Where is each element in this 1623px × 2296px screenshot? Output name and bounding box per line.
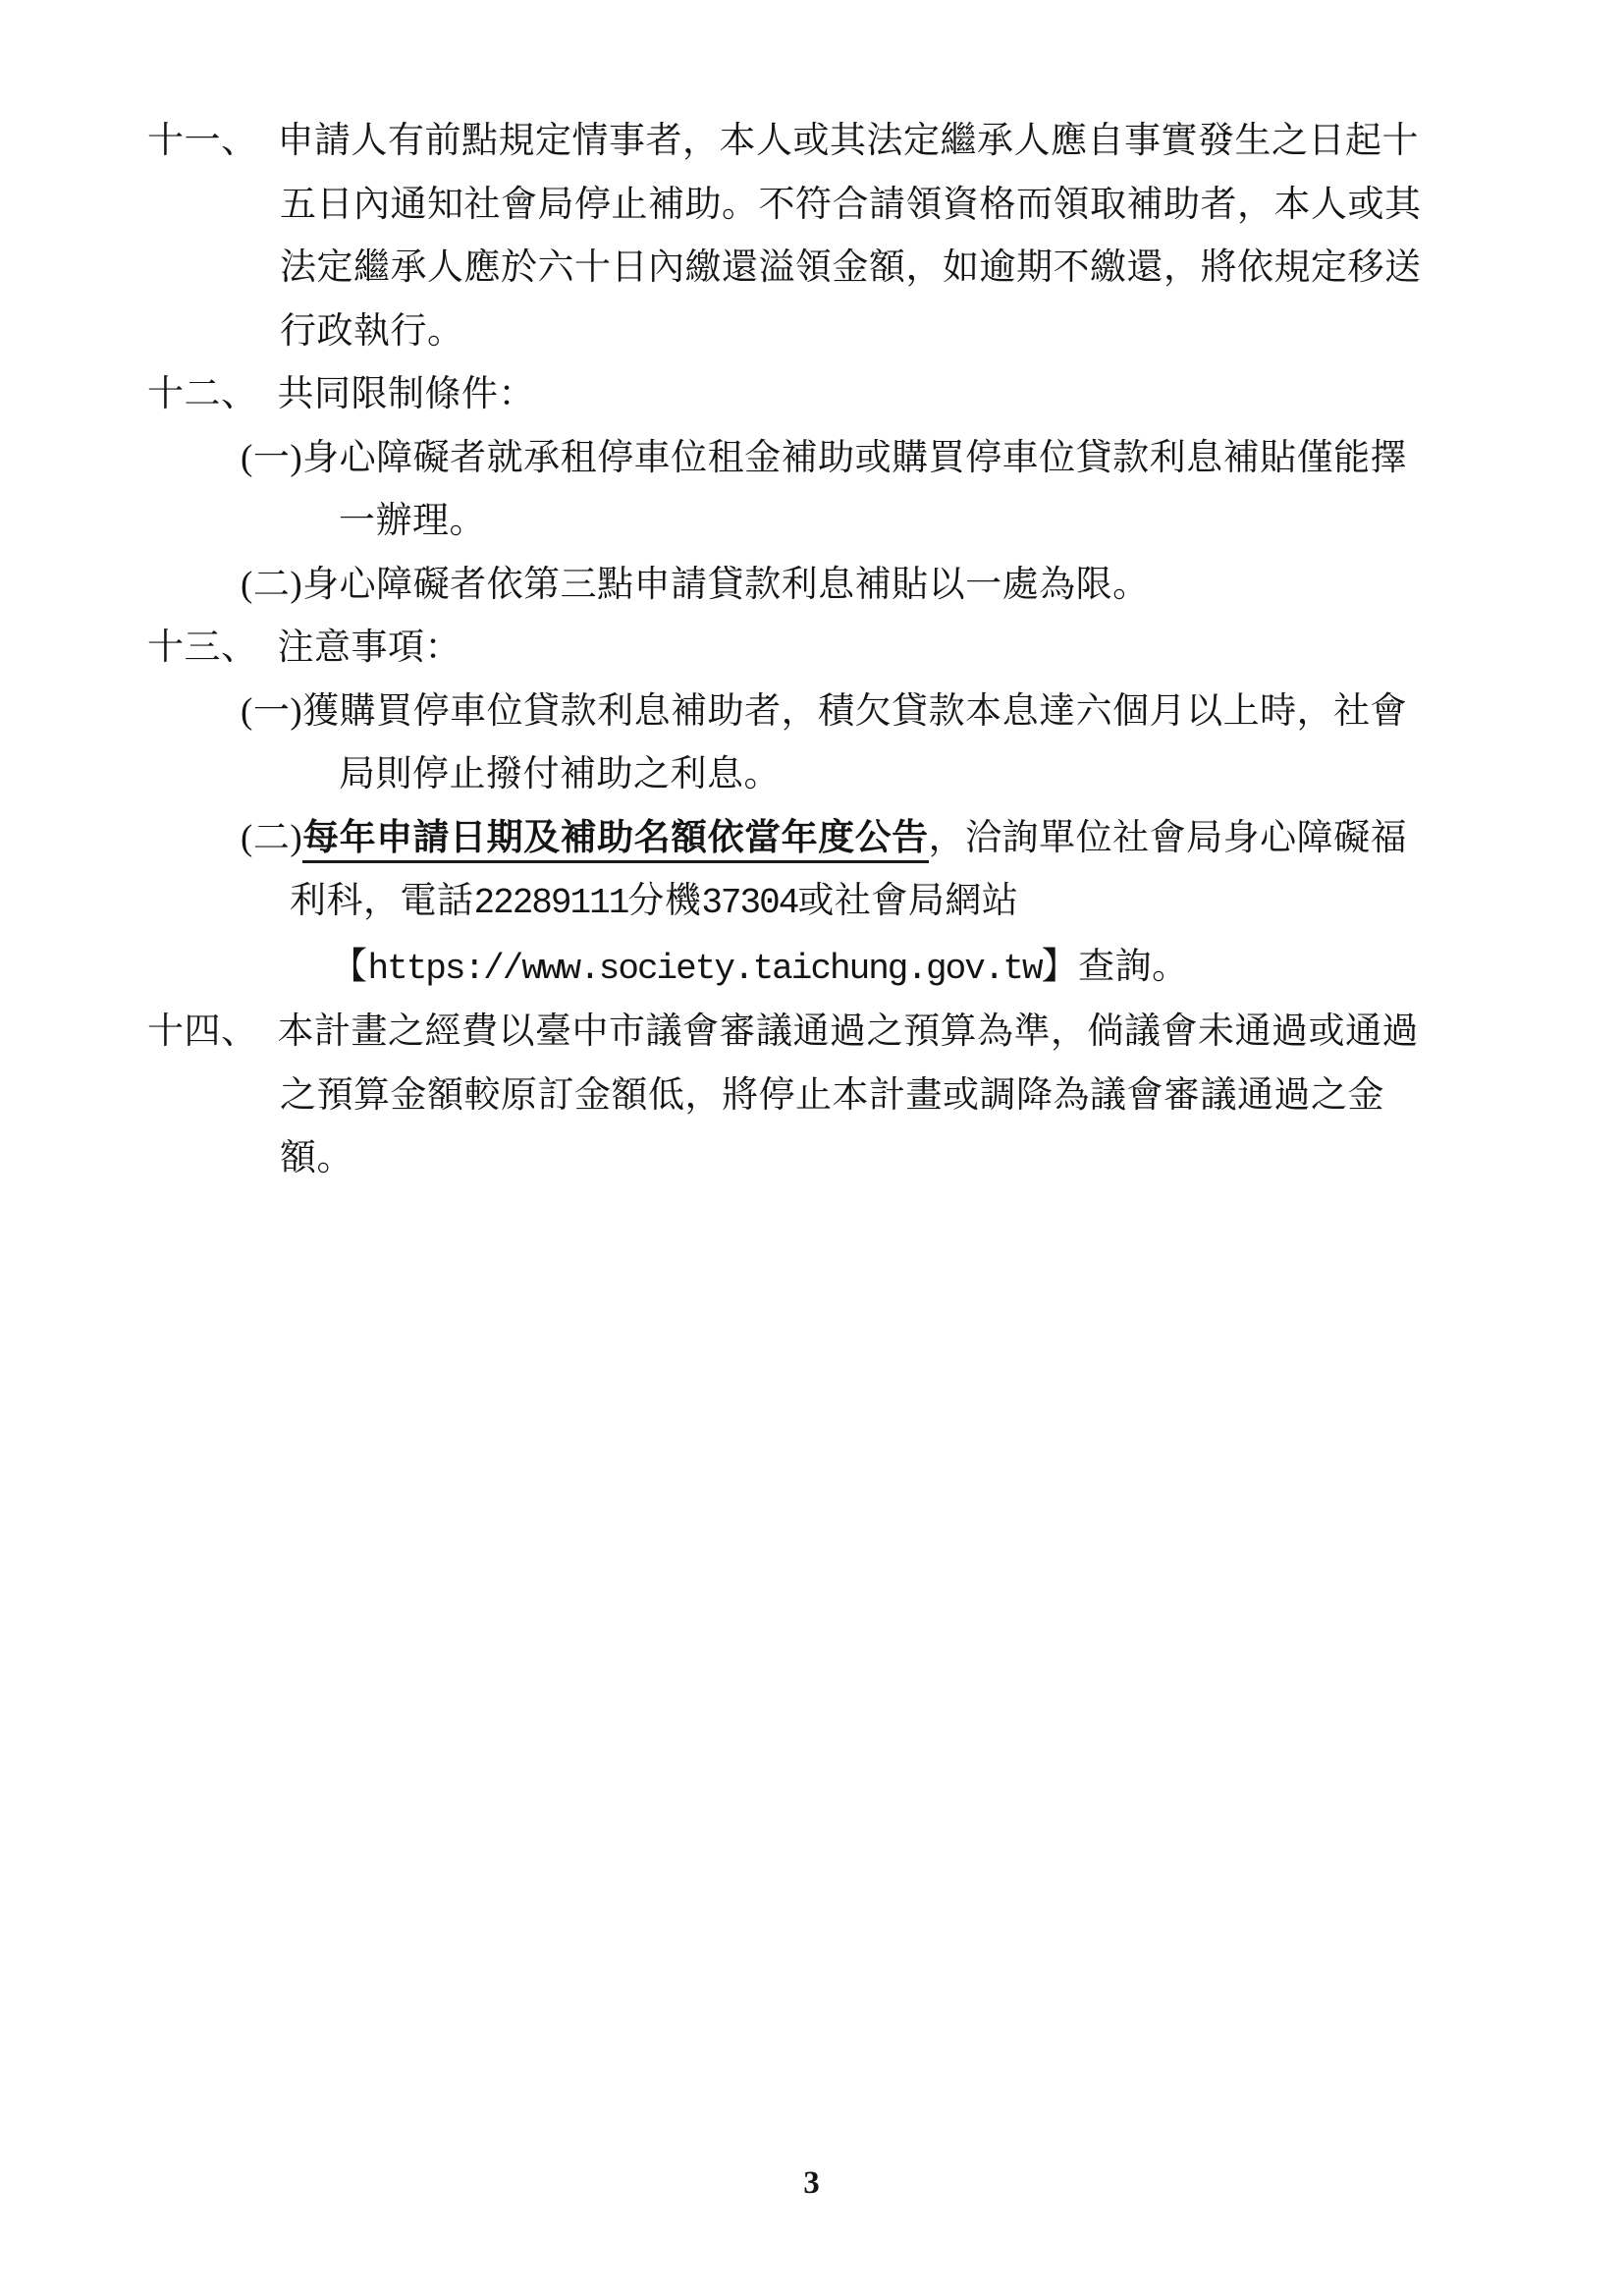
typewriter-text: https://www.society.taichung.gov.tw xyxy=(368,949,1042,989)
document-line: (一)身心障礙者就承租停車位租金補助或購買停車位貸款利息補貼僅能擇 xyxy=(0,427,1623,491)
document-line: 利科，電話22289111分機37304或社會局網站 xyxy=(0,870,1623,936)
list-marker: 十三、 xyxy=(147,617,258,681)
body-text: 一辦理。 xyxy=(339,501,486,541)
document-line: (二)身心障礙者依第三點申請貸款利息補貼以一處為限。 xyxy=(0,554,1623,618)
document-line: (二)每年申請日期及補助名額依當年度公告，洽詢單位社會局身心障礙福 xyxy=(0,807,1623,871)
document-line: 額。 xyxy=(0,1127,1623,1191)
body-text: 或社會局網站 xyxy=(797,881,1018,921)
document-line: 局則停止撥付補助之利息。 xyxy=(0,743,1623,807)
document-line: 十四、本計畫之經費以臺中市議會審議通過之預算為準，倘議會未通過或通過 xyxy=(0,1001,1623,1065)
document-line: 一辦理。 xyxy=(0,490,1623,554)
list-marker: (一) xyxy=(241,427,302,491)
document-line: 十二、共同限制條件： xyxy=(0,363,1623,427)
body-text: 共同限制條件： xyxy=(278,374,536,414)
body-text: 分機 xyxy=(627,881,701,921)
document-body: 十一、申請人有前點規定情事者，本人或其法定繼承人應自事實發生之日起十五日內通知社… xyxy=(0,110,1623,1191)
body-text: 【 xyxy=(331,947,368,987)
list-marker: (二) xyxy=(241,807,302,871)
document-page: 十一、申請人有前點規定情事者，本人或其法定繼承人應自事實發生之日起十五日內通知社… xyxy=(0,0,1623,2296)
body-text: 申請人有前點規定情事者，本人或其法定繼承人應自事實發生之日起十 xyxy=(278,121,1420,161)
body-text: 身心障礙者就承租停車位租金補助或購買停車位貸款利息補貼僅能擇 xyxy=(302,438,1407,478)
list-marker: 十一、 xyxy=(147,110,258,174)
body-text: 利科，電話 xyxy=(290,881,474,921)
body-text: 獲購買停車位貸款利息補助者，積欠貸款本息達六個月以上時，社會 xyxy=(302,691,1407,732)
list-marker: 十四、 xyxy=(147,1001,258,1065)
document-line: 行政執行。 xyxy=(0,301,1623,364)
page-number: 3 xyxy=(0,2165,1623,2202)
body-text: 身心障礙者依第三點申請貸款利息補貼以一處為限。 xyxy=(302,565,1150,605)
body-text: ，洽詢單位社會局身心障礙福 xyxy=(929,818,1408,858)
document-line: 十三、注意事項： xyxy=(0,617,1623,681)
list-marker: (一) xyxy=(241,681,302,744)
typewriter-text: 37304 xyxy=(701,883,797,923)
document-line: 十一、申請人有前點規定情事者，本人或其法定繼承人應自事實發生之日起十 xyxy=(0,110,1623,174)
body-text: 五日內通知社會局停止補助。不符合請領資格而領取補助者，本人或其 xyxy=(280,185,1422,225)
body-text: 本計畫之經費以臺中市議會審議通過之預算為準，倘議會未通過或通過 xyxy=(278,1011,1420,1052)
body-text: 注意事項： xyxy=(278,628,462,668)
body-text: 】查詢。 xyxy=(1042,947,1189,987)
body-text: 局則停止撥付補助之利息。 xyxy=(339,754,781,794)
document-line: 【https://www.society.taichung.gov.tw】查詢。 xyxy=(0,936,1623,1002)
document-line: 五日內通知社會局停止補助。不符合請領資格而領取補助者，本人或其 xyxy=(0,174,1623,238)
document-line: 之預算金額較原訂金額低，將停止本計畫或調降為議會審議通過之金 xyxy=(0,1065,1623,1128)
document-line: 法定繼承人應於六十日內繳還溢領金額，如逾期不繳還，將依規定移送 xyxy=(0,237,1623,301)
emphasized-underlined-text: 每年申請日期及補助名額依當年度公告 xyxy=(302,818,929,863)
list-marker: 十二、 xyxy=(147,363,258,427)
typewriter-text: 22289111 xyxy=(474,883,628,923)
body-text: 之預算金額較原訂金額低，將停止本計畫或調降為議會審議通過之金 xyxy=(280,1075,1384,1116)
body-text: 法定繼承人應於六十日內繳還溢領金額，如逾期不繳還，將依規定移送 xyxy=(280,247,1422,288)
body-text: 行政執行。 xyxy=(280,311,464,352)
list-marker: (二) xyxy=(241,554,302,618)
document-line: (一)獲購買停車位貸款利息補助者，積欠貸款本息達六個月以上時，社會 xyxy=(0,681,1623,744)
body-text: 額。 xyxy=(280,1138,353,1178)
